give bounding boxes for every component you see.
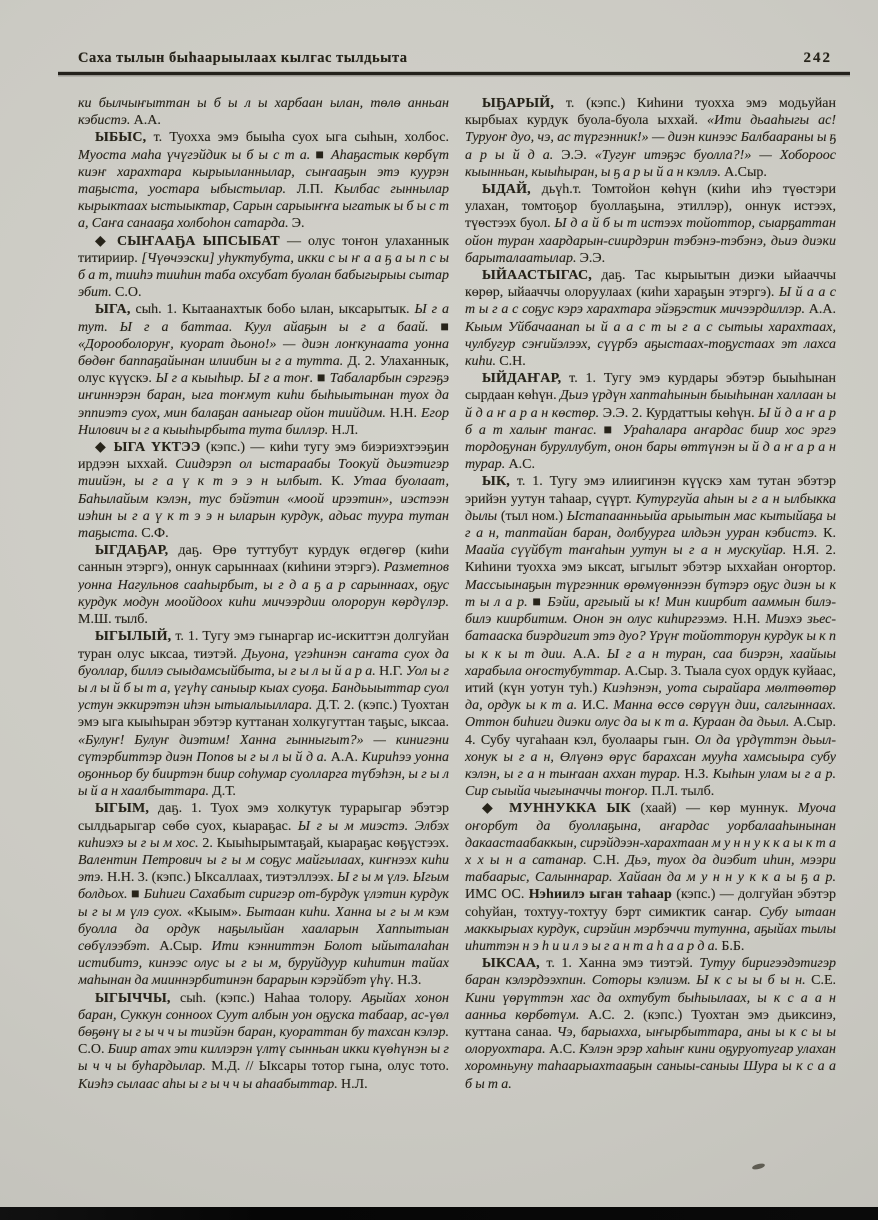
headword: ЫГЫЛЫЙ, bbox=[95, 629, 171, 644]
dictionary-entry: ЫГЫМ, даҕ. 1. Туох эмэ холкутук турарыга… bbox=[78, 800, 449, 989]
dictionary-entry: ЫБЫС, т. Туохха эмэ быыһа суох ыга сыһын… bbox=[78, 129, 449, 232]
entry-text: ■ bbox=[317, 371, 330, 386]
headword: ЫҔАРЫЙ, bbox=[482, 96, 554, 111]
dictionary-entry: ЫГА, сыһ. 1. Кытаанахтык бобо ылан, ыкса… bbox=[78, 301, 449, 439]
dictionary-entry: ЫГДАҔАР, даҕ. Өрө туттубут курдук өгдөгө… bbox=[78, 542, 449, 628]
entry-text: А.А. bbox=[331, 750, 362, 765]
entry-text: Ы г а кыыһыр. Ы г а тоҥ. bbox=[156, 371, 317, 386]
entry-text: К. bbox=[331, 474, 352, 489]
entry-text: Д.Т. bbox=[212, 784, 236, 799]
entry-text: Маайа сүүйбүт таҥаһын уутун ы г а н муск… bbox=[465, 543, 793, 558]
headword: ЫГДАҔАР, bbox=[95, 543, 168, 558]
entry-text: А.С. bbox=[549, 1042, 579, 1057]
entry-text: Н.Л. bbox=[341, 1077, 368, 1092]
entry-text: Э.Э. bbox=[561, 148, 595, 163]
entry-text: Н.Н. bbox=[390, 406, 421, 421]
entry-text: Н.З. bbox=[397, 973, 421, 988]
dictionary-entry: ЫГЫЧЧЫ, сыһ. (кэпс.) Наһаа толору. Аҕыйа… bbox=[78, 990, 449, 1093]
page-number: 242 bbox=[804, 50, 833, 67]
entry-text: А.А. bbox=[809, 302, 836, 317]
entry-text: Б.Б. bbox=[721, 939, 744, 954]
entry-text: Н.Л. bbox=[331, 423, 358, 438]
entry-text: М.Ш. тылб. bbox=[78, 612, 148, 627]
entry-text: ■ bbox=[532, 595, 547, 610]
dictionary-entry: ◆ ЫГА ҮКТЭЭ (кэпс.) — киһи тугу эмэ биэр… bbox=[78, 439, 449, 542]
entry-text: Н.Н. bbox=[733, 612, 765, 627]
headword: ЫЙДАҤАР, bbox=[482, 371, 561, 386]
entry-text: ■ bbox=[315, 148, 331, 163]
dictionary-entry: ки былчыҥыттан ы б ы л ы харбаан ылан, т… bbox=[78, 95, 449, 129]
entry-text: П.Л. тылб. bbox=[651, 784, 714, 799]
dictionary-page: Саха тылын быһаарыылаах кылгас тылдьыта … bbox=[0, 0, 878, 1220]
entry-text: С.Н. bbox=[593, 853, 626, 868]
headword: ◆ ЫГА ҮКТЭЭ bbox=[95, 440, 201, 455]
entry-text: И.С. bbox=[582, 698, 613, 713]
dictionary-entry: ◆ МУННУККА ЫК (хаай) — көр муннук. Муоча… bbox=[465, 800, 836, 955]
headword: ЫКСАА, bbox=[482, 956, 540, 971]
headword: ЫДАЙ, bbox=[482, 182, 531, 197]
entry-text: сыһ. (кэпс.) Наһаа толору. bbox=[171, 991, 362, 1006]
dictionary-entry: ЫК, т. 1. Тугу эмэ илиигинэн күүскэ хам … bbox=[465, 473, 836, 800]
entry-text: Н.Н. 3. (кэпс.) Ыксаллаах, тиэтэллээх. bbox=[107, 870, 337, 885]
dictionary-entry: ЫКСАА, т. 1. Ханна эмэ тиэтэй. Тутуу бир… bbox=[465, 955, 836, 1093]
entry-text: (тыл ном.) bbox=[501, 509, 567, 524]
left-column: ки былчыҥыттан ы б ы л ы харбаан ылан, т… bbox=[78, 95, 449, 1147]
dictionary-entry: ЫҔАРЫЙ, т. (кэпс.) Киһини туохха эмэ мод… bbox=[465, 95, 836, 181]
headword: ◆ СЫҤААҔА ЫПСЫБАТ bbox=[95, 234, 280, 249]
entry-text: ИМС ОС. bbox=[465, 887, 529, 902]
entry-text: С.Е. bbox=[811, 973, 836, 988]
headword: ЫЙААСТЫГАС, bbox=[482, 268, 592, 283]
dictionary-entry: ЫЙААСТЫГАС, даҕ. Тас кырыытын диэки ыйаа… bbox=[465, 267, 836, 370]
entry-text: С.О. bbox=[78, 1042, 108, 1057]
scan-edge-artifact bbox=[0, 1207, 878, 1220]
dictionary-entry: ЫЙДАҤАР, т. 1. Тугу эмэ курдары эбэтэр б… bbox=[465, 370, 836, 473]
headword: ЫГА, bbox=[95, 302, 131, 317]
entry-text: т. Туохха эмэ быыһа суох ыга сыһын, холб… bbox=[146, 130, 449, 145]
entry-text: ■ bbox=[604, 423, 623, 438]
entry-text: Э.Э. bbox=[580, 251, 605, 266]
headword: ЫГЫМ, bbox=[95, 801, 149, 816]
entry-text: Э.Э. 2. Курдаттыы көһүн. bbox=[603, 406, 758, 421]
entry-text: т. 1. Ханна эмэ тиэтэй. bbox=[540, 956, 699, 971]
headword: ЫБЫС, bbox=[95, 130, 146, 145]
dictionary-entry: ◆ СЫҤААҔА ЫПСЫБАТ — олус тоҥон улаханнык… bbox=[78, 233, 449, 302]
entry-text: А.Сыр. bbox=[724, 165, 767, 180]
entry-text: А.А. bbox=[134, 113, 161, 128]
entry-text: С.О. bbox=[115, 285, 141, 300]
headword: ◆ МУННУККА ЫК bbox=[482, 801, 631, 816]
header-rule bbox=[58, 72, 850, 75]
entry-text: (хаай) — көр муннук. bbox=[631, 801, 798, 816]
entry-text: ■ bbox=[441, 320, 449, 335]
dictionary-entry: ЫДАЙ, дьүһ.т. Томтойон көһүн (киһи иһэ т… bbox=[465, 181, 836, 267]
dictionary-entry: ЫГЫЛЫЙ, т. 1. Тугу эмэ гынаргар ис-искит… bbox=[78, 628, 449, 800]
entry-text: Киэһэ сылаас аһы ы г ы ч ч ы аһаабыттар. bbox=[78, 1077, 341, 1092]
entry-text: С.Ф. bbox=[141, 526, 168, 541]
headword: ЫК, bbox=[482, 474, 510, 489]
entry-text: Л.П. bbox=[297, 182, 334, 197]
headword: ЫГЫЧЧЫ, bbox=[95, 991, 171, 1006]
entry-text: Н.З. bbox=[684, 767, 712, 782]
entry-text: А.Сыр. bbox=[159, 939, 211, 954]
page-header: Саха тылын быһаарыылаах кылгас тылдьыта … bbox=[78, 50, 832, 67]
scan-smudge bbox=[752, 1163, 766, 1171]
entry-text: К. bbox=[823, 526, 836, 541]
running-title: Саха тылын быһаарыылаах кылгас тылдьыта bbox=[78, 50, 408, 67]
entry-text: сыһ. 1. Кытаанахтык бобо ылан, ыксарытык… bbox=[131, 302, 415, 317]
entry-text: М.Д. // Ыксары тотор гына, олус тото. bbox=[211, 1059, 449, 1074]
entry-text: Э. bbox=[292, 216, 305, 231]
entry-text: С.Н. bbox=[499, 354, 525, 369]
entry-text: ■ bbox=[131, 887, 144, 902]
right-column: ЫҔАРЫЙ, т. (кэпс.) Киһини туохха эмэ мод… bbox=[465, 95, 836, 1147]
entry-text: Н.Г. bbox=[379, 664, 406, 679]
page-body: ки былчыҥыттан ы б ы л ы харбаан ылан, т… bbox=[78, 95, 836, 1147]
headword: Нэһиилэ ыган таһаар bbox=[529, 887, 672, 902]
entry-text: 2. Кыыһырымтаҕай, кыараҕас көҕүстээх. bbox=[202, 836, 449, 851]
entry-text: «Кыым». bbox=[187, 905, 246, 920]
entry-text: А.С. bbox=[509, 457, 535, 472]
entry-text: А.А. bbox=[573, 647, 607, 662]
entry-text: Муоста маһа үчүгэйдик ы б ы с т а. bbox=[78, 148, 315, 163]
